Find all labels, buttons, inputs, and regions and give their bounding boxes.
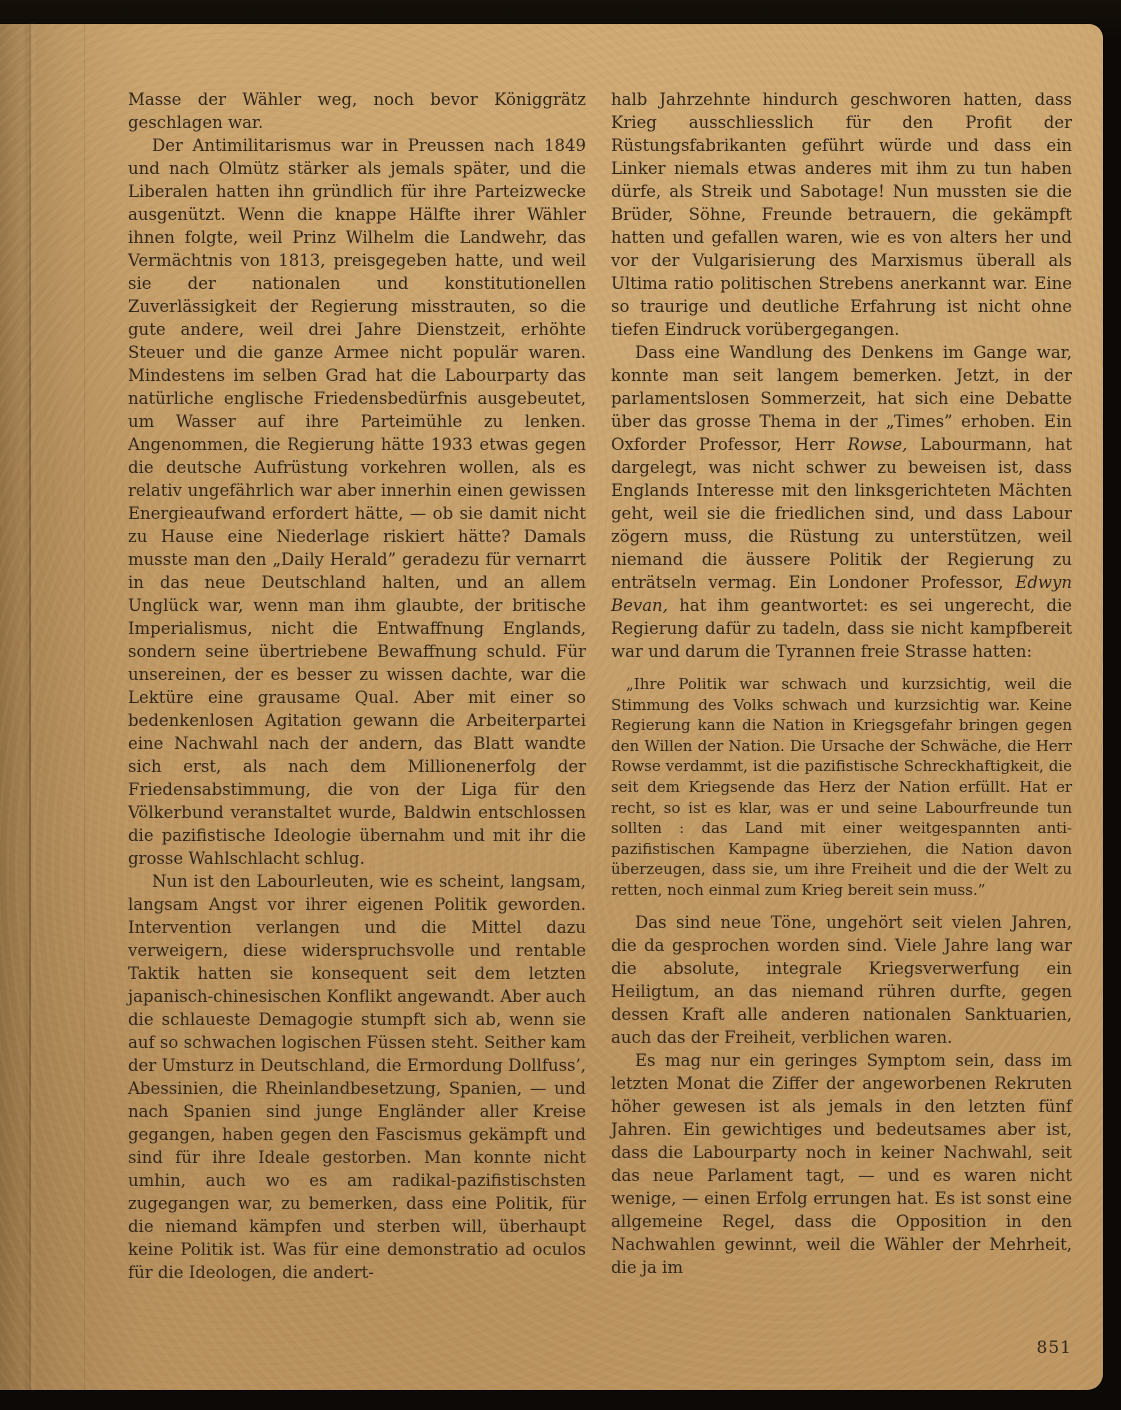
page-number: 851 — [1037, 1338, 1072, 1358]
block-quote: „Ihre Politik war schwach und kurzsichti… — [611, 674, 1072, 901]
scan-background: Masse der Wähler weg, noch bevor Königgr… — [0, 0, 1121, 1410]
gutter-edge-line — [84, 24, 85, 1390]
paragraph: halb Jahrzehnte hindurch geschworen hatt… — [611, 88, 1072, 341]
paragraph: Das sind neue Töne, ungehört seit vielen… — [611, 911, 1072, 1049]
book-page: Masse der Wähler weg, noch bevor Königgr… — [0, 24, 1103, 1390]
left-text-column: Masse der Wähler weg, noch bevor Königgr… — [128, 88, 586, 1284]
paragraph: Dass eine Wandlung des Denkens im Gange … — [611, 341, 1072, 663]
paragraph: Der Antimilitarismus war in Preussen nac… — [128, 134, 586, 870]
paragraph: Nun ist den Labourleuten, wie es scheint… — [128, 870, 586, 1284]
gutter-crease-line — [29, 24, 31, 1390]
paragraph: Masse der Wähler weg, noch bevor Königgr… — [128, 88, 586, 134]
paragraph: Es mag nur ein geringes Symptom sein, da… — [611, 1049, 1072, 1279]
right-text-column: halb Jahrzehnte hindurch geschworen hatt… — [611, 88, 1072, 1279]
